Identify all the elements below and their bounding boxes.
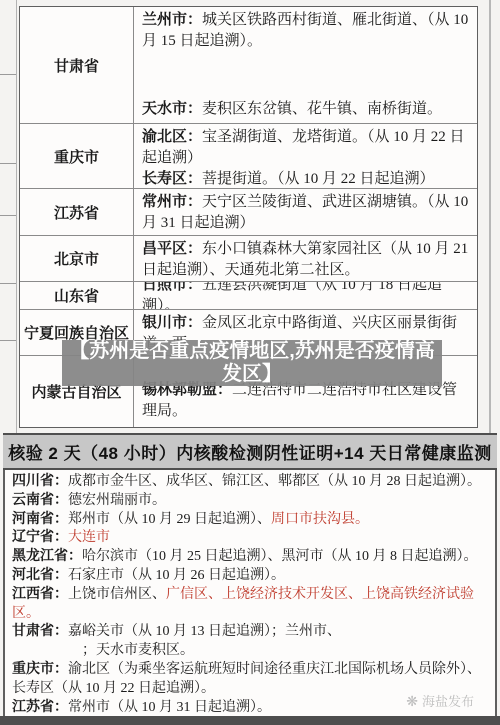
region-text: 石家庄市（从 10 月 26 日起追溯）。: [68, 568, 285, 583]
region-line: 云南省：德宏州瑞丽市。: [12, 492, 488, 511]
table-row: 甘肃省 兰州市：城关区铁路西村街道、雁北街道、（从 10 月 15 日起追溯）。…: [20, 7, 477, 123]
province-prefix: 江苏省：: [12, 700, 68, 715]
region-line: 甘肃省：嘉峪关市（从 10 月 13 日起追溯）；兰州市、: [12, 623, 488, 642]
city-name: 银川市：: [142, 315, 202, 331]
entry-detail: 菩提街道。（从 10 月 22 日起追溯）: [202, 171, 435, 187]
region-line: 河北省：石家庄市（从 10 月 26 日起追溯）。: [12, 567, 488, 586]
province-cell: 江苏省: [20, 189, 134, 235]
table-row: 重庆市 渝北区：宝圣湖街道、龙塔街道。（从 10 月 22 日起追溯） 长寿区：…: [20, 123, 477, 188]
city-name: 渝北区：: [142, 129, 202, 145]
region-line: ；天水市麦积区。: [12, 642, 488, 661]
details-cell: 渝北区：宝圣湖街道、龙塔街道。（从 10 月 22 日起追溯） 长寿区：菩提街道…: [134, 124, 477, 188]
entry-text: 昌平区：东小口镇森林大第家园社区（从 10 月 21 日起追溯）、天通苑北第二社…: [142, 239, 469, 281]
province-cell: 甘肃省: [20, 7, 134, 123]
city-name: 日照市：: [142, 282, 202, 293]
city-name: 常州市：: [142, 194, 202, 210]
entry-text: 兰州市：城关区铁路西村街道、雁北街道、（从 10 月 15 日起追溯）。: [142, 10, 469, 52]
city-name: 兰州市：: [142, 12, 202, 28]
province-prefix: 甘肃省：: [12, 624, 68, 639]
region-text: 哈尔滨市（10 月 25 日起追溯）、黑河市（从 10 月 8 日起追溯）。: [82, 549, 478, 564]
sliver-line: [0, 215, 16, 216]
region-list: 四川省：成都市金牛区、成华区、锦江区、郫都区（从 10 月 28 日起追溯）。 …: [3, 470, 497, 716]
province-prefix: 辽宁省：: [12, 530, 68, 545]
sliver-line: [0, 74, 16, 75]
requirement-banner: 核验 2 天（48 小时）内核酸检测阴性证明+14 天日常健康监测: [3, 433, 497, 470]
province-prefix: 四川省：: [12, 474, 68, 489]
overlay-caption: 【苏州是否重点疫情地区,苏州是否疫情高发区】: [62, 340, 442, 386]
province-cell: 山东省: [20, 282, 134, 309]
table-row: 江苏省 常州市：天宁区兰陵街道、武进区湖塘镇。（从 10 月 31 日起追溯）: [20, 188, 477, 235]
city-name: 昌平区：: [142, 241, 202, 257]
caption-text: 【苏州是否重点疫情地区,苏州是否疫情高发区】: [62, 340, 442, 386]
region-line: 江西省：上饶市信州区、广信区、上饶经济技术开发区、上饶高铁经济试验区。: [12, 586, 488, 624]
page-background: 甘肃省 兰州市：城关区铁路西村街道、雁北街道、（从 10 月 15 日起追溯）。…: [0, 0, 500, 725]
table-row: 北京市 昌平区：东小口镇森林大第家园社区（从 10 月 21 日起追溯）、天通苑…: [20, 235, 477, 281]
province-prefix: 河南省：: [12, 512, 68, 527]
province-cell: 北京市: [20, 236, 134, 281]
entry-text: 锡林郭勒盟：二连浩特市二连浩特市社区建设管理局。: [142, 380, 469, 422]
region-text: 成都市金牛区、成华区、锦江区、郫都区（从 10 月 28 日起追溯）。: [68, 474, 481, 489]
watermark-text: 海盐发布: [422, 691, 474, 710]
banner-text: 核验 2 天（48 小时）内核酸检测阴性证明+14 天日常健康监测: [8, 439, 492, 464]
region-text-red: 周口市扶沟县。: [271, 512, 369, 527]
region-text: ；天水市麦积区。: [82, 643, 194, 658]
sliver-line: [0, 163, 16, 164]
entry-text: 渝北区：宝圣湖街道、龙塔街道。（从 10 月 22 日起追溯）: [142, 127, 469, 169]
region-line: 河南省：郑州市（从 10 月 29 日起追溯）、周口市扶沟县。: [12, 511, 488, 530]
province-prefix: 河北省：: [12, 568, 68, 583]
region-text: 嘉峪关市（从 10 月 13 日起追溯）；兰州市、: [68, 624, 341, 639]
province-cell: 重庆市: [20, 124, 134, 188]
entry-text: 日照市：五莲县洪凝街道（从 10 月 18 日起追溯）。: [142, 282, 469, 309]
entry-detail: 麦积区东岔镇、花牛镇、南桥街道。: [202, 101, 442, 117]
province-prefix: 重庆市：: [12, 662, 68, 677]
province-prefix: 江西省：: [12, 587, 68, 602]
bottom-border-bar: [0, 716, 500, 725]
region-line: 黑龙江省：哈尔滨市（10 月 25 日起追溯）、黑河市（从 10 月 8 日起追…: [12, 548, 488, 567]
entry-text: 长寿区：菩提街道。（从 10 月 22 日起追溯）: [142, 169, 469, 188]
region-text: 上饶市信州区、: [68, 587, 166, 602]
region-text: 常州市（从 10 月 31 日起追溯）。: [68, 700, 271, 715]
city-name: 长寿区：: [142, 171, 202, 187]
region-text-red: 大连市: [68, 530, 110, 545]
province-prefix: 云南省：: [12, 493, 68, 508]
left-margin-divider: [16, 0, 17, 433]
city-name: 天水市：: [142, 101, 202, 117]
sliver-line: [0, 340, 16, 341]
right-margin-divider: [489, 0, 491, 433]
entry-text: 常州市：天宁区兰陵街道、武进区湖塘镇。（从 10 月 31 日起追溯）: [142, 192, 469, 234]
details-cell: 兰州市：城关区铁路西村街道、雁北街道、（从 10 月 15 日起追溯）。 天水市…: [134, 7, 477, 123]
details-cell: 日照市：五莲县洪凝街道（从 10 月 18 日起追溯）。: [134, 282, 477, 309]
region-line: 辽宁省：大连市: [12, 529, 488, 548]
entry-text: 天水市：麦积区东岔镇、花牛镇、南桥街道。: [142, 99, 469, 120]
snowflake-logo-icon: ❋: [406, 694, 418, 708]
sliver-line: [0, 283, 16, 284]
region-text: 德宏州瑞丽市。: [68, 493, 166, 508]
details-cell: 常州市：天宁区兰陵街道、武进区湖塘镇。（从 10 月 31 日起追溯）: [134, 189, 477, 235]
province-prefix: 黑龙江省：: [12, 549, 82, 564]
region-line: 四川省：成都市金牛区、成华区、锦江区、郫都区（从 10 月 28 日起追溯）。: [12, 473, 488, 492]
region-text: 郑州市（从 10 月 29 日起追溯）、: [68, 512, 271, 527]
watermark: ❋ 海盐发布: [406, 691, 474, 710]
table-row: 山东省 日照市：五莲县洪凝街道（从 10 月 18 日起追溯）。: [20, 281, 477, 309]
details-cell: 昌平区：东小口镇森林大第家园社区（从 10 月 21 日起追溯）、天通苑北第二社…: [134, 236, 477, 281]
